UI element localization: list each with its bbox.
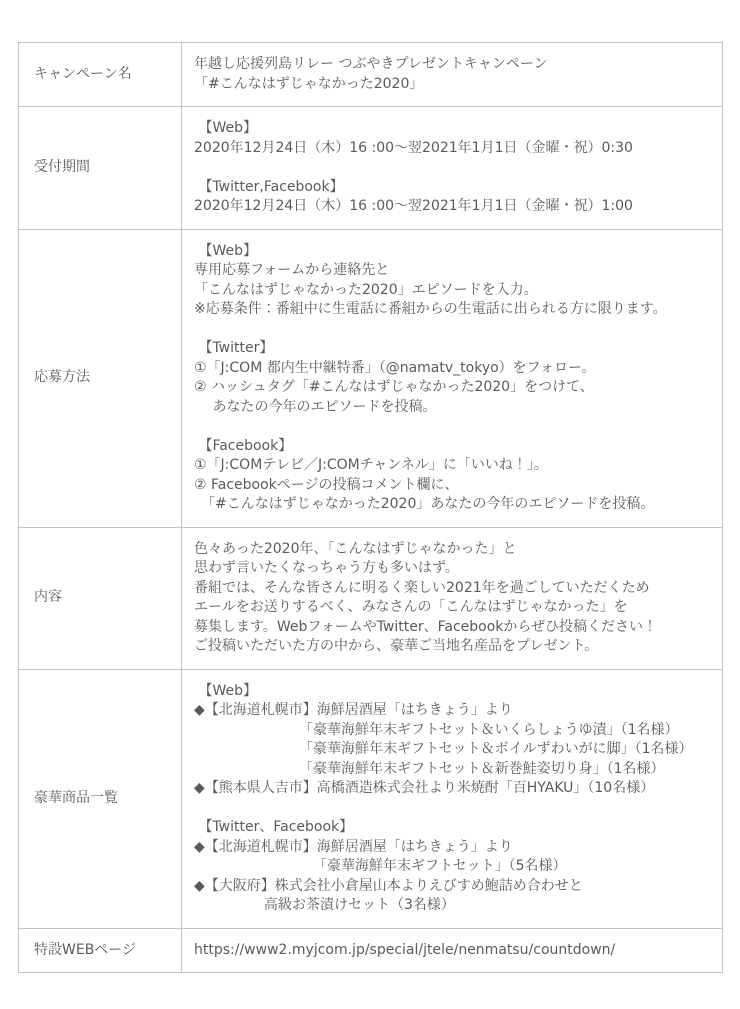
row-label: 受付期間	[19, 107, 182, 230]
content-line: ◆【北海道札幌市】海鮮居酒屋「はちきょう」より	[194, 838, 712, 858]
content-line: ② Facebookページの投稿コメント欄に、	[194, 476, 712, 496]
content-line: 思わず言いたくなっちゃう方も多いはず。	[194, 559, 712, 579]
content-line: ◆【熊本県人吉市】高橋酒造株式会社より米焼酎「百HYAKU」（10名様）	[194, 779, 712, 799]
content-line: 【Web】	[194, 242, 712, 262]
content-line: ◆【大阪府】株式会社小倉屋山本よりえびすめ鮑詰め合わせと	[194, 877, 712, 897]
content-line: 2020年12月24日（木）16 :00～翌2021年1月1日（金曜・祝）0:3…	[194, 139, 712, 159]
campaign-table-body: キャンペーン名年越し応援列島リレー つぶやきプレゼントキャンペーン「#こんなはず…	[19, 43, 723, 973]
row-label: 応募方法	[19, 229, 182, 527]
content-line: 【Web】	[194, 119, 712, 139]
table-row: 特設WEBページhttps://www2.myjcom.jp/special/j…	[19, 928, 723, 973]
content-line: 【Facebook】	[194, 437, 712, 457]
content-line: 【Web】	[194, 682, 712, 702]
content-line: 年越し応援列島リレー つぶやきプレゼントキャンペーン	[194, 55, 712, 75]
row-content: 【Web】◆【北海道札幌市】海鮮居酒屋「はちきょう」より 「豪華海鮮年末ギフトセ…	[182, 669, 723, 928]
content-line: 【Twitter,Facebook】	[194, 178, 712, 198]
content-line: 番組では、そんな皆さんに明るく楽しい2021年を過ごしていただくため	[194, 579, 712, 599]
row-content: 年越し応援列島リレー つぶやきプレゼントキャンペーン「#こんなはずじゃなかった2…	[182, 43, 723, 107]
content-line: ①「J:COM 都内生中継特番」（@namatv_tokyo）をフォロー。	[194, 359, 712, 379]
row-label: 特設WEBページ	[19, 928, 182, 973]
row-content: 色々あった2020年、「こんなはずじゃなかった」と思わず言いたくなっちゃう方も多…	[182, 527, 723, 669]
content-line: 「こんなはずじゃなかった2020」エピソードを入力。	[194, 281, 712, 301]
table-row: キャンペーン名年越し応援列島リレー つぶやきプレゼントキャンペーン「#こんなはず…	[19, 43, 723, 107]
table-row: 豪華商品一覧 【Web】◆【北海道札幌市】海鮮居酒屋「はちきょう」より 「豪華海…	[19, 669, 723, 928]
content-line	[194, 320, 712, 340]
content-line: 「豪華海鮮年末ギフトセット」（5名様）	[194, 857, 712, 877]
content-line: 2020年12月24日（木）16 :00～翌2021年1月1日（金曜・祝）1:0…	[194, 197, 712, 217]
content-line: 募集します。WebフォームやTwitter、Facebookからぜひ投稿ください…	[194, 618, 712, 638]
row-label: 豪華商品一覧	[19, 669, 182, 928]
content-line	[194, 158, 712, 178]
content-line: 「#こんなはずじゃなかった2020」あなたの今年のエピソードを投稿。	[194, 495, 712, 515]
content-line: 【Twitter】	[194, 339, 712, 359]
content-line: 「豪華海鮮年末ギフトセット＆いくらしょうゆ漬」（1名様）	[194, 721, 712, 741]
content-line: 【Twitter、Facebook】	[194, 818, 712, 838]
row-content: https://www2.myjcom.jp/special/jtele/nen…	[182, 928, 723, 973]
row-label: キャンペーン名	[19, 43, 182, 107]
content-line	[194, 417, 712, 437]
row-content: 【Web】専用応募フォームから連絡先と「こんなはずじゃなかった2020」エピソー…	[182, 229, 723, 527]
content-line: 色々あった2020年、「こんなはずじゃなかった」と	[194, 540, 712, 560]
campaign-info-table: キャンペーン名年越し応援列島リレー つぶやきプレゼントキャンペーン「#こんなはず…	[18, 42, 723, 973]
content-line: ※応募条件：番組中に生電話に番組からの生電話に出られる方に限ります。	[194, 300, 712, 320]
content-line: 「#こんなはずじゃなかった2020」	[194, 75, 712, 95]
document-page: キャンペーン名年越し応援列島リレー つぶやきプレゼントキャンペーン「#こんなはず…	[0, 0, 740, 1009]
content-line: ② ハッシュタグ「#こんなはずじゃなかった2020」をつけて、	[194, 378, 712, 398]
table-row: 応募方法 【Web】専用応募フォームから連絡先と「こんなはずじゃなかった2020…	[19, 229, 723, 527]
content-line: 専用応募フォームから連絡先と	[194, 261, 712, 281]
content-line	[194, 799, 712, 819]
table-row: 内容色々あった2020年、「こんなはずじゃなかった」と思わず言いたくなっちゃう方…	[19, 527, 723, 669]
content-line: エールをお送りするべく、みなさんの「こんなはずじゃなかった」を	[194, 598, 712, 618]
content-line: あなたの今年のエピソードを投稿。	[194, 398, 712, 418]
content-line: 「豪華海鮮年末ギフトセット＆新巻鮭姿切り身」（1名様）	[194, 760, 712, 780]
content-line: 高級お茶漬けセット（3名様）	[194, 896, 712, 916]
content-line: 「豪華海鮮年末ギフトセット＆ボイルずわいがに脚」（1名様）	[194, 740, 712, 760]
row-label: 内容	[19, 527, 182, 669]
table-row: 受付期間 【Web】2020年12月24日（木）16 :00～翌2021年1月1…	[19, 107, 723, 230]
content-line: ご投稿いただいた方の中から、豪華ご当地名産品をプレゼント。	[194, 637, 712, 657]
content-line: ◆【北海道札幌市】海鮮居酒屋「はちきょう」より	[194, 701, 712, 721]
special-web-page-url: https://www2.myjcom.jp/special/jtele/nen…	[194, 941, 712, 961]
row-content: 【Web】2020年12月24日（木）16 :00～翌2021年1月1日（金曜・…	[182, 107, 723, 230]
content-line: ①「J:COMテレビ／J:COMチャンネル」に「いいね！」。	[194, 456, 712, 476]
